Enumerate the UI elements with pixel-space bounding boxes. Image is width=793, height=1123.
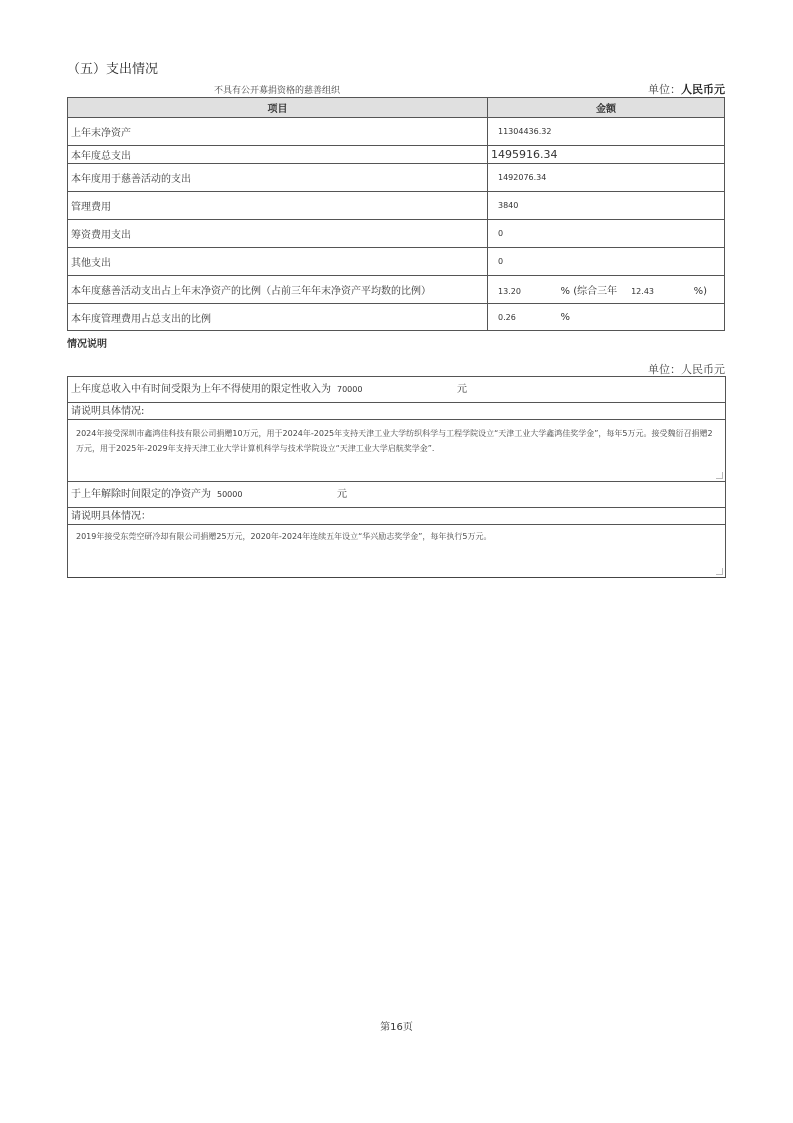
table-row-mgmt-ratio: 本年度管理费用占总支出的比例 0.26 % <box>68 304 725 331</box>
row-label: 筹资费用支出 <box>68 220 488 248</box>
explain-label-row-1: 请说明具体情况: <box>68 403 725 420</box>
restricted-income-row: 上年度总收入中有时间受限为上年不得使用的限定性收入为70000元 <box>68 377 725 403</box>
explain-label-2: 请说明具体情况： <box>71 511 151 522</box>
ratio-value[interactable]: 13.20 <box>498 287 558 296</box>
table-row: 本年度用于慈善活动的支出 1492076.34 <box>68 164 725 192</box>
table-row: 本年度总支出 1495916.34 <box>68 146 725 164</box>
restricted-income-value[interactable]: 70000 <box>337 377 457 403</box>
mgmt-ratio-cell: 0.26 % <box>488 304 725 331</box>
explain-label-row-2: 请说明具体情况： <box>68 508 725 525</box>
released-label: 于上年解除时间限定的净资产为 <box>71 489 211 500</box>
table-row: 管理费用 3840 <box>68 192 725 220</box>
row-label: 管理费用 <box>68 192 488 220</box>
row-value[interactable]: 11304436.32 <box>488 118 725 146</box>
header-item: 项目 <box>68 98 488 118</box>
ratio-cell: 13.20 % (综合三年 12.43 %) <box>488 276 725 304</box>
row-value[interactable]: 0 <box>488 220 725 248</box>
table-caption: 不具有公开募捐资格的慈善组织 <box>67 83 487 96</box>
explain-textarea-2[interactable]: 2019年接受东莞空研冷却有限公司捐赠25万元，2020年-2024年连续五年设… <box>68 525 725 577</box>
header-amount: 金额 <box>488 98 725 118</box>
unit-value: 人民币元 <box>681 83 725 96</box>
currency-label: 元 <box>457 384 467 395</box>
notes-unit: 单位：人民币元 <box>648 361 725 377</box>
section-title: （五）支出情况 <box>67 58 158 77</box>
restricted-income-label: 上年度总收入中有时间受限为上年不得使用的限定性收入为 <box>71 384 331 395</box>
mgmt-ratio-value[interactable]: 0.26 <box>498 313 558 322</box>
explain-text-1: 2024年接受深圳市鑫鸿佳科技有限公司捐赠10万元，用于2024年-2025年支… <box>76 429 713 453</box>
page-number: 第16页 <box>0 1018 793 1033</box>
released-value[interactable]: 50000 <box>217 482 337 508</box>
unit-label: 单位：人民币元 <box>648 81 725 97</box>
unit-prefix: 单位： <box>648 83 681 96</box>
currency-label: 元 <box>337 489 347 500</box>
explain-textarea-1[interactable]: 2024年接受深圳市鑫鸿佳科技有限公司捐赠10万元，用于2024年-2025年支… <box>68 420 725 482</box>
explain-label-1: 请说明具体情况: <box>71 406 144 417</box>
row-value[interactable]: 0 <box>488 248 725 276</box>
expenditure-table: 项目 金额 上年末净资产 11304436.32 本年度总支出 1495916.… <box>67 97 725 331</box>
row-value[interactable]: 1495916.34 <box>488 146 725 164</box>
row-label: 其他支出 <box>68 248 488 276</box>
row-value[interactable]: 3840 <box>488 192 725 220</box>
table-row: 筹资费用支出 0 <box>68 220 725 248</box>
row-label: 上年末净资产 <box>68 118 488 146</box>
three-year-ratio-value[interactable]: 12.43 <box>631 287 691 296</box>
mgmt-ratio-unit: % <box>561 312 571 323</box>
ratio-mid-text: % (综合三年 <box>561 282 629 297</box>
ratio-end-text: %) <box>694 286 707 297</box>
resize-handle-icon[interactable] <box>716 472 723 479</box>
row-label: 本年度总支出 <box>68 146 488 164</box>
table-row: 上年末净资产 11304436.32 <box>68 118 725 146</box>
released-assets-row: 于上年解除时间限定的净资产为50000元 <box>68 482 725 508</box>
row-label: 本年度用于慈善活动的支出 <box>68 164 488 192</box>
mgmt-ratio-label: 本年度管理费用占总支出的比例 <box>68 304 488 331</box>
ratio-label: 本年度慈善活动支出占上年末净资产的比例（占前三年年末净资产平均数的比例） <box>68 276 488 304</box>
table-header-row: 项目 金额 <box>68 98 725 118</box>
row-value[interactable]: 1492076.34 <box>488 164 725 192</box>
notes-box: 上年度总收入中有时间受限为上年不得使用的限定性收入为70000元 请说明具体情况… <box>67 376 726 578</box>
explain-text-2: 2019年接受东莞空研冷却有限公司捐赠25万元，2020年-2024年连续五年设… <box>76 532 492 541</box>
table-row: 其他支出 0 <box>68 248 725 276</box>
resize-handle-icon[interactable] <box>716 568 723 575</box>
notes-title: 情况说明 <box>67 335 107 350</box>
table-row-ratio: 本年度慈善活动支出占上年末净资产的比例（占前三年年末净资产平均数的比例） 13.… <box>68 276 725 304</box>
